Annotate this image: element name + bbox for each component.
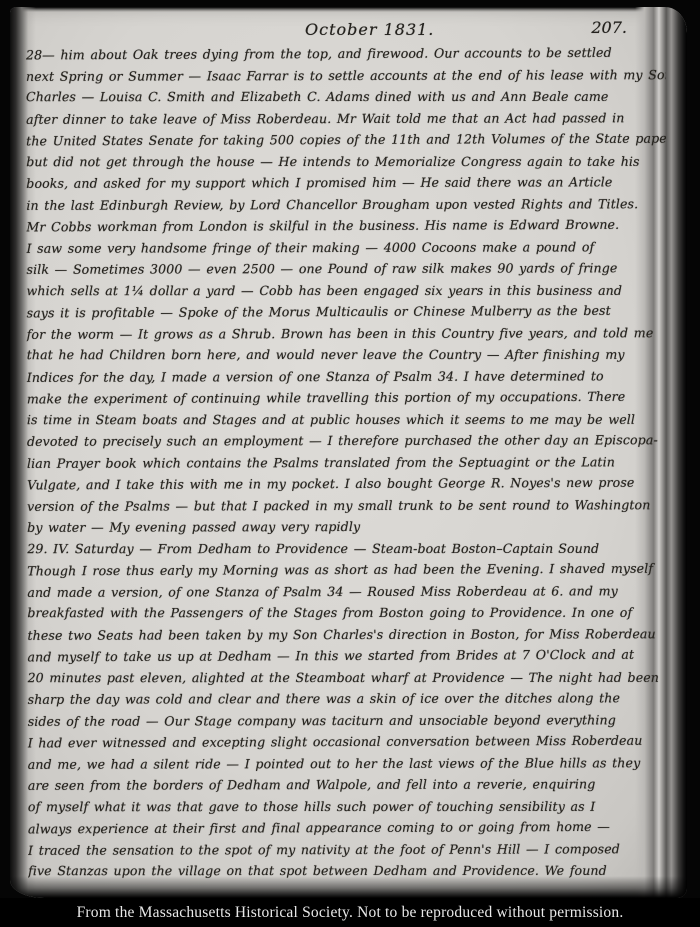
manuscript-line: Though I rose thus early my Morning was … (27, 558, 667, 582)
manuscript-line-text: Though I rose thus early my Morning was … (27, 561, 653, 579)
manuscript-line: sharp the day was cold and clear and the… (28, 687, 668, 710)
manuscript-line-text: 20 minutes past eleven, alighted at the … (28, 669, 659, 684)
manuscript-line-text: and made a version, of one Stanza of Psa… (27, 583, 618, 600)
manuscript-line: 20 minutes past eleven, alighted at the … (28, 666, 668, 688)
manuscript-line-text: in the last Edinburgh Review, by Lord Ch… (26, 196, 638, 213)
manuscript-line-text: Mr Cobbs workman from London is skilful … (26, 217, 619, 235)
manuscript-line: devoted to precisely such an employment … (27, 429, 667, 452)
manuscript-line: for the worm — It grows as a Shrub. Brow… (27, 322, 667, 345)
credit-text: From the Massachusetts Historical Societ… (77, 904, 624, 922)
manuscript-line: I traced the sensation to the spot of my… (28, 838, 668, 861)
manuscript-line-text: is time in Steam boats and Stages and at… (27, 411, 635, 426)
manuscript-line: in the last Edinburgh Review, by Lord Ch… (26, 193, 666, 216)
manuscript-line-text: these two Seats had been taken by my Son… (27, 626, 655, 643)
manuscript-line-text: for the worm — It grows as a Shrub. Brow… (27, 325, 654, 342)
credit-bar: From the Massachusetts Historical Societ… (0, 898, 700, 927)
manuscript-line-text: silk — Sometimes 3000 — even 2500 — one … (26, 260, 617, 277)
manuscript-line: and me, we had a silent ride — I pointed… (28, 752, 668, 775)
manuscript-line: which sells at 1¼ dollar a yard — Cobb h… (27, 279, 667, 301)
manuscript-line: make the experiment of continuing while … (27, 386, 667, 410)
manuscript-line: 29. IV. Saturday — From Dedham to Provid… (27, 537, 667, 559)
manuscript-line-text: Charles — Louisa C. Smith and Elizabeth … (26, 89, 608, 104)
page-header: October 1831. 207. (50, 20, 657, 44)
manuscript-line: version of the Psalms — but that I packe… (27, 494, 667, 517)
manuscript-line: these two Seats had been taken by my Son… (27, 623, 667, 646)
manuscript-line: Indices for the day, I made a version of… (27, 365, 667, 388)
manuscript-line-text: sharp the day was cold and clear and the… (28, 690, 620, 707)
manuscript-line: the United States Senate for taking 500 … (26, 128, 666, 152)
page-bottom-shadow (10, 876, 687, 898)
manuscript-line-text: 29. IV. Saturday — From Dedham to Provid… (27, 540, 553, 555)
manuscript-line-text: which sells at 1¼ dollar a yard — Cobb h… (27, 282, 623, 297)
manuscript-line: Mr Cobbs workman from London is skilful … (26, 214, 666, 238)
manuscript-line: breakfasted with the Passengers of the S… (27, 602, 667, 624)
page-top-edge (10, 7, 687, 12)
manuscript-line-text: sides of the road — Our Stage company wa… (28, 712, 616, 729)
manuscript-line-text: says it is profitable — Spoke of the Mor… (27, 303, 611, 321)
manuscript-line-text: I traced the sensation to the spot of my… (28, 841, 620, 858)
page-number: 207. (591, 18, 627, 37)
manuscript-line: but did not get through the house — He i… (26, 150, 666, 172)
manuscript-line: that he had Children born here, and woul… (27, 344, 667, 366)
manuscript-line-text: books, and asked for my support which I … (26, 174, 612, 191)
manuscript-line-text: breakfasted with the Passengers of the S… (27, 605, 632, 620)
manuscript-line-text: I had ever witnessed and excepting sligh… (28, 733, 643, 751)
manuscript-line-text: Indices for the day, I made a version of… (27, 368, 604, 385)
manuscript-text: 28— him about Oak trees dying from the t… (26, 42, 668, 882)
manuscript-line: I had ever witnessed and excepting sligh… (28, 730, 668, 754)
manuscript-line: after dinner to take leave of Miss Rober… (26, 107, 666, 130)
manuscript-line: books, and asked for my support which I … (26, 171, 666, 194)
manuscript-line: silk — Sometimes 3000 — even 2500 — one … (26, 257, 666, 280)
manuscript-line: always experience at their first and fin… (28, 816, 668, 840)
manuscript-line-text: and me, we had a silent ride — I pointed… (28, 755, 641, 772)
manuscript-line: Vulgate, and I take this with me in my p… (27, 472, 667, 496)
manuscript-page: October 1831. 207. 28— him about Oak tre… (10, 7, 687, 898)
manuscript-line: says it is profitable — Spoke of the Mor… (27, 300, 667, 324)
manuscript-line-text: after dinner to take leave of Miss Rober… (26, 110, 624, 127)
manuscript-line-text: lian Prayer book which contains the Psal… (27, 454, 615, 471)
manuscript-line-text: always experience at their first and fin… (28, 819, 610, 837)
manuscript-line-text: I saw some very handsome fringe of their… (26, 239, 594, 255)
manuscript-line-text: are seen from the borders of Dedham and … (28, 776, 596, 792)
manuscript-line: of myself what it was that gave to those… (28, 795, 668, 817)
manuscript-line: and made a version, of one Stanza of Psa… (27, 580, 667, 603)
manuscript-line: is time in Steam boats and Stages and at… (27, 408, 667, 430)
manuscript-line: Charles — Louisa C. Smith and Elizabeth … (26, 86, 666, 108)
manuscript-line: next Spring or Summer — Isaac Farrar is … (26, 64, 666, 87)
manuscript-line-text: the United States Senate for taking 500 … (26, 131, 666, 149)
manuscript-line: are seen from the borders of Dedham and … (28, 773, 668, 796)
manuscript-line-text: version of the Psalms — but that I packe… (27, 497, 650, 514)
manuscript-line-text: by water — My evening passed away very r… (27, 519, 360, 535)
manuscript-line: and myself to take us up at Dedham — In … (27, 644, 667, 668)
manuscript-line: by water — My evening passed away very r… (27, 515, 667, 538)
manuscript-line-text: 28— him about Oak trees dying from the t… (26, 45, 612, 63)
manuscript-line-text: devoted to precisely such an employment … (27, 432, 658, 449)
scanned-page: October 1831. 207. 28— him about Oak tre… (0, 0, 700, 927)
manuscript-line-text: Vulgate, and I take this with me in my p… (27, 475, 634, 493)
manuscript-line-text: but did not get through the house — He i… (26, 153, 639, 168)
manuscript-line-text: that he had Children born here, and woul… (27, 347, 625, 362)
page-title-date: October 1831. (305, 20, 434, 39)
manuscript-line: I saw some very handsome fringe of their… (26, 236, 666, 259)
margin-note: Sound (558, 537, 599, 559)
manuscript-line-text: next Spring or Summer — Isaac Farrar is … (26, 67, 666, 84)
manuscript-line-text: make the experiment of continuing while … (27, 389, 626, 407)
manuscript-line: lian Prayer book which contains the Psal… (27, 451, 667, 474)
manuscript-line: 28— him about Oak trees dying from the t… (26, 42, 666, 66)
manuscript-line-text: and myself to take us up at Dedham — In … (27, 647, 634, 665)
manuscript-line: sides of the road — Our Stage company wa… (28, 709, 668, 732)
manuscript-line-text: of myself what it was that gave to those… (28, 798, 595, 813)
